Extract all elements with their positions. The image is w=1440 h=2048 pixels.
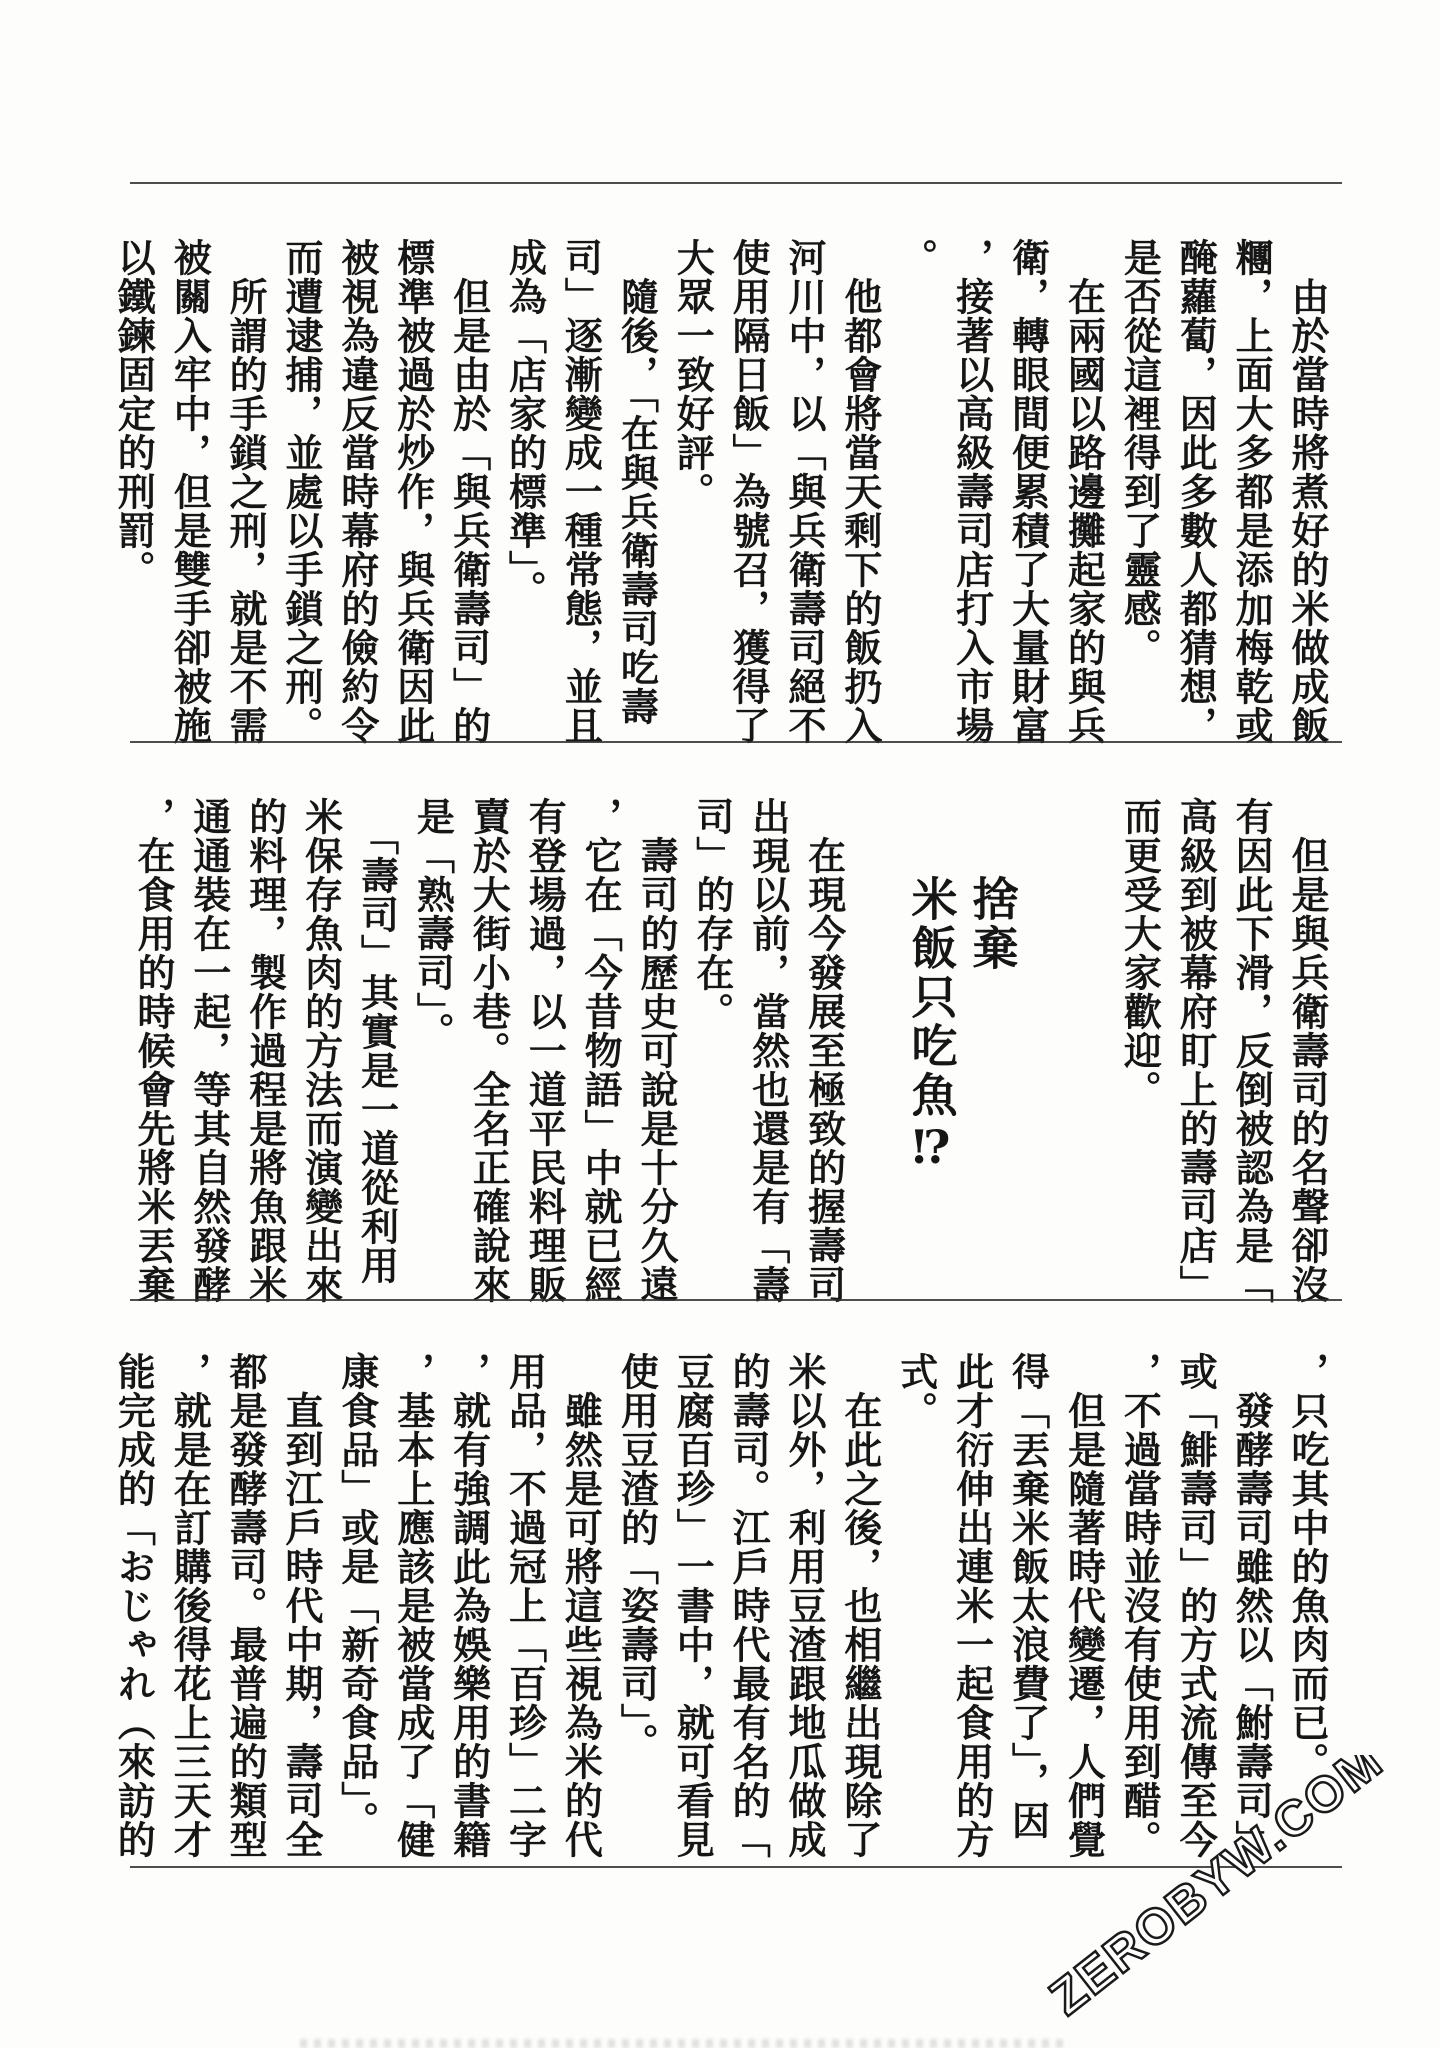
text-column: 發酵壽司雖然以「鮒壽司」 — [1229, 1352, 1269, 1857]
text-column: 但是隨著時代變遷，人們覺 — [1062, 1352, 1102, 1857]
text-column: 大眾一致好評。 — [670, 238, 710, 743]
text-column: 衛，轉眼間便累積了大量財富 — [1006, 238, 1046, 743]
text-band-3: ，只吃其中的魚肉而已。 發酵壽司雖然以「鮒壽司」或「鯡壽司」的方式流傳至今，不過… — [95, 1352, 1325, 1857]
book-page: 由於當時將煮好的米做成飯糰，上面大多都是添加梅乾或醃蘿蔔，因此多數人都猜想，是否… — [0, 0, 1440, 2048]
text-column: 都是發酵壽司。最普遍的類型 — [223, 1352, 263, 1857]
text-column: 通通裝在一起，等其自然發酵 — [187, 797, 227, 1302]
text-column: 在現今發展至極致的握壽司 — [802, 797, 842, 1302]
text-column: ，接著以高級壽司店打入市場 — [950, 238, 990, 743]
text-column: 隨後，「在與兵衛壽司吃壽 — [614, 238, 654, 743]
text-column: 此才衍伸出連米一起食用的方 — [950, 1352, 990, 1857]
text-column: 而更受大家歡迎。 — [1117, 797, 1157, 1302]
text-column: 的壽司。江戶時代最有名的「 — [726, 1352, 766, 1857]
text-column: 河川中，以「與兵衛壽司絕不 — [782, 238, 822, 743]
text-column: 在兩國以路邊攤起家的與兵 — [1062, 238, 1102, 743]
text-column: 康食品」或是「新奇食品」。 — [335, 1352, 375, 1857]
divider-line-bottom — [130, 1866, 1342, 1868]
text-column: 但是由於「與兵衛壽司」的 — [447, 238, 487, 743]
divider-line-middle-1 — [130, 741, 1342, 743]
text-column: 是「熟壽司」。 — [411, 797, 451, 1302]
text-column: 以鐵鍊固定的刑罰。 — [111, 238, 151, 743]
text-column: 被視為違反當時幕府的儉約令 — [335, 238, 375, 743]
text-column: 成為「店家的標準」。 — [503, 238, 543, 743]
text-column: 或「鯡壽司」的方式流傳至今 — [1173, 1352, 1213, 1857]
text-column: 使用隔日飯」為號召，獲得了 — [726, 238, 766, 743]
text-column: ，在食用的時候會先將米丟棄 — [131, 797, 171, 1302]
paragraph-group-intro: 但是與兵衛壽司的名聲卻沒有因此下滑，反倒被認為是「高級到被幕府盯上的壽司店」而更… — [1117, 797, 1325, 1302]
text-column: 式。 — [894, 1352, 934, 1857]
text-column: 壽司的歷史可說是十分久遠 — [634, 797, 674, 1302]
text-band-1: 由於當時將煮好的米做成飯糰，上面大多都是添加梅乾或醃蘿蔔，因此多數人都猜想，是否… — [95, 238, 1325, 743]
text-column: 用品，不過冠上「百珍」二字 — [503, 1352, 543, 1857]
divider-line-middle-2 — [130, 1299, 1342, 1301]
text-column: 直到江戶時代中期，壽司全 — [279, 1352, 319, 1857]
text-column: ，它在「今昔物語」中就已經 — [578, 797, 618, 1302]
text-column: ，不過當時並沒有使用到醋。 — [1117, 1352, 1157, 1857]
section-heading: 捨棄 米飯只吃魚⁉ — [904, 797, 1018, 1302]
text-column: 雖然是可將這些視為米的代 — [559, 1352, 599, 1857]
text-column: 糰，上面大多都是添加梅乾或 — [1229, 238, 1269, 743]
text-column: 司」逐漸變成一種常態，並且 — [559, 238, 599, 743]
text-column: 。 — [894, 238, 934, 743]
text-column: 醃蘿蔔，因此多數人都猜想， — [1173, 238, 1213, 743]
text-column: 豆腐百珍」一書中，就可看見 — [670, 1352, 710, 1857]
text-column: 米以外，利用豆渣跟地瓜做成 — [782, 1352, 822, 1857]
divider-line-top — [130, 182, 1342, 184]
text-column: 但是與兵衛壽司的名聲卻沒 — [1285, 797, 1325, 1302]
text-band-2: 但是與兵衛壽司的名聲卻沒有因此下滑，反倒被認為是「高級到被幕府盯上的壽司店」而更… — [115, 797, 1325, 1302]
section-heading-line-1: 捨棄 — [965, 875, 1018, 1302]
text-column: 而遭逮捕，並處以手鎖之刑。 — [279, 238, 319, 743]
text-column: ，就有強調此為娛樂用的書籍 — [447, 1352, 487, 1857]
text-column: 被關入牢中，但是雙手卻被施 — [167, 238, 207, 743]
section-heading-line-2: 米飯只吃魚⁉ — [904, 875, 957, 1302]
text-column: 他都會將當天剩下的飯扔入 — [838, 238, 878, 743]
text-column: 在此之後，也相繼出現除了 — [838, 1352, 878, 1857]
text-column: 有因此下滑，反倒被認為是「 — [1229, 797, 1269, 1302]
text-column: 出現以前，當然也還是有「壽 — [746, 797, 786, 1302]
text-column: 司」的存在。 — [690, 797, 730, 1302]
text-column: ，基本上應該是被當成了「健 — [391, 1352, 431, 1857]
text-column: 得「丟棄米飯太浪費了」，因 — [1006, 1352, 1046, 1857]
text-column: 標準被過於炒作，與兵衛因此 — [391, 238, 431, 743]
text-column: 賣於大街小巷。全名正確說來 — [466, 797, 506, 1302]
text-column: 的料理，製作過程是將魚跟米 — [243, 797, 283, 1302]
text-column: 使用豆渣的「姿壽司」。 — [614, 1352, 654, 1857]
text-column: 能完成的「おじゃれ（來訪的 — [111, 1352, 151, 1857]
text-column: 米保存魚肉的方法而演變出來 — [299, 797, 339, 1302]
text-column: 有登場過，以一道平民料理販 — [522, 797, 562, 1302]
text-column: 所謂的手鎖之刑，就是不需 — [223, 238, 263, 743]
text-column: 高級到被幕府盯上的壽司店」 — [1173, 797, 1213, 1302]
text-column: ，就是在訂購後得花上三天才 — [167, 1352, 207, 1857]
text-column: 是否從這裡得到了靈感。 — [1117, 238, 1157, 743]
paragraph-group-body: 在現今發展至極致的握壽司出現以前，當然也還是有「壽司」的存在。 壽司的歷史可說是… — [131, 797, 842, 1302]
text-column: 由於當時將煮好的米做成飯 — [1285, 238, 1325, 743]
text-column: ，只吃其中的魚肉而已。 — [1285, 1352, 1325, 1857]
text-column: 「壽司」其實是一道從利用 — [355, 797, 395, 1302]
cropped-footer-text — [300, 2039, 1070, 2048]
